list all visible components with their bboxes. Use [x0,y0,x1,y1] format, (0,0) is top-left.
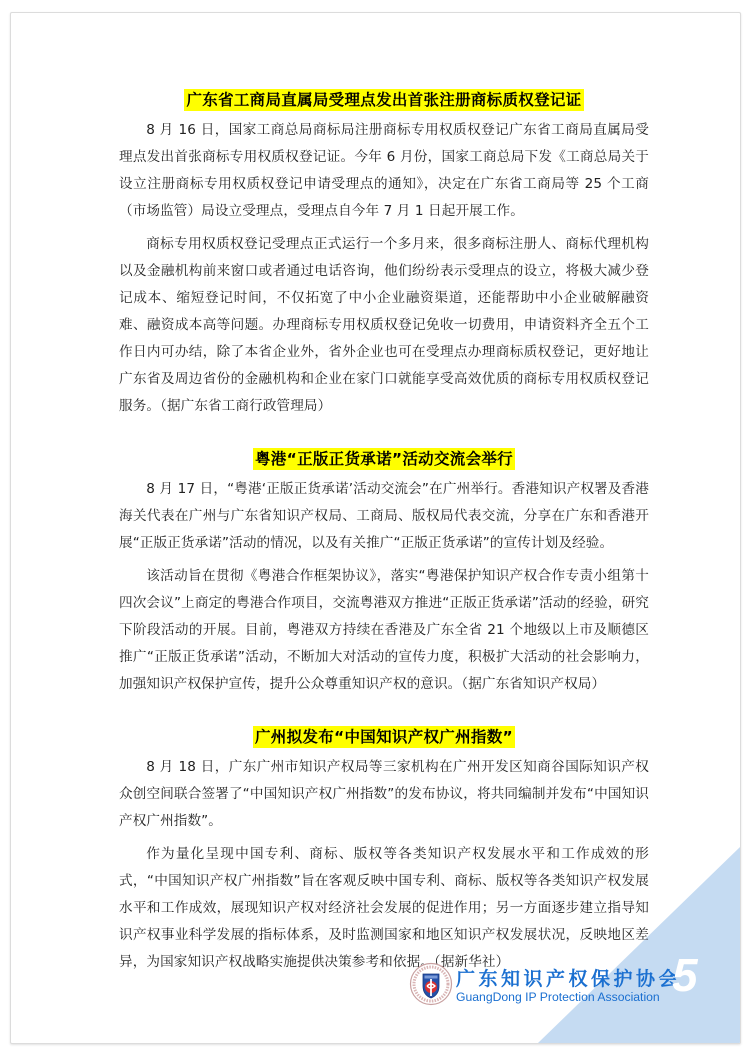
org-name-english: GuangDong IP Protection Association [456,990,660,1004]
article-paragraph: 作为量化呈现中国专利、商标、版权等各类知识产权发展水平和工作成效的形式，“中国知… [119,841,649,976]
association-emblem-icon [409,962,453,1006]
article-paragraph: 8 月 17 日，“粤港‘正版正货承诺’活动交流会”在广州举行。香港知识产权署及… [119,476,649,557]
page-number: 5 [672,948,698,1002]
article-title: 广东省工商局直属局受理点发出首张注册商标质权登记证 [184,89,583,111]
org-name-chinese: 广东知识产权保护协会 [456,964,681,991]
article-1: 广东省工商局直属局受理点发出首张注册商标质权登记证 8 月 16 日，国家工商总… [119,83,649,420]
document-page: 广东省工商局直属局受理点发出首张注册商标质权登记证 8 月 16 日，国家工商总… [10,12,741,1044]
article-paragraph: 商标专用权质权登记受理点正式运行一个多月来，很多商标注册人、商标代理机构以及金融… [119,231,649,420]
article-paragraph: 8 月 18 日，广东广州市知识产权局等三家机构在广州开发区知商谷国际知识产权众… [119,754,649,835]
article-3: 广州拟发布“中国知识产权广州指数” 8 月 18 日，广东广州市知识产权局等三家… [119,720,649,976]
article-2: 粤港“正版正货承诺”活动交流会举行 8 月 17 日，“粤港‘正版正货承诺’活动… [119,442,649,698]
article-paragraph: 8 月 16 日，国家工商总局商标局注册商标专用权质权登记广东省工商局直属局受理… [119,117,649,225]
article-list: 广东省工商局直属局受理点发出首张注册商标质权登记证 8 月 16 日，国家工商总… [119,83,649,976]
article-paragraph: 该活动旨在贯彻《粤港合作框架协议》，落实“粤港保护知识产权合作专责小组第十四次会… [119,563,649,698]
article-title: 粤港“正版正货承诺”活动交流会举行 [253,448,515,470]
article-title: 广州拟发布“中国知识产权广州指数” [253,726,515,748]
